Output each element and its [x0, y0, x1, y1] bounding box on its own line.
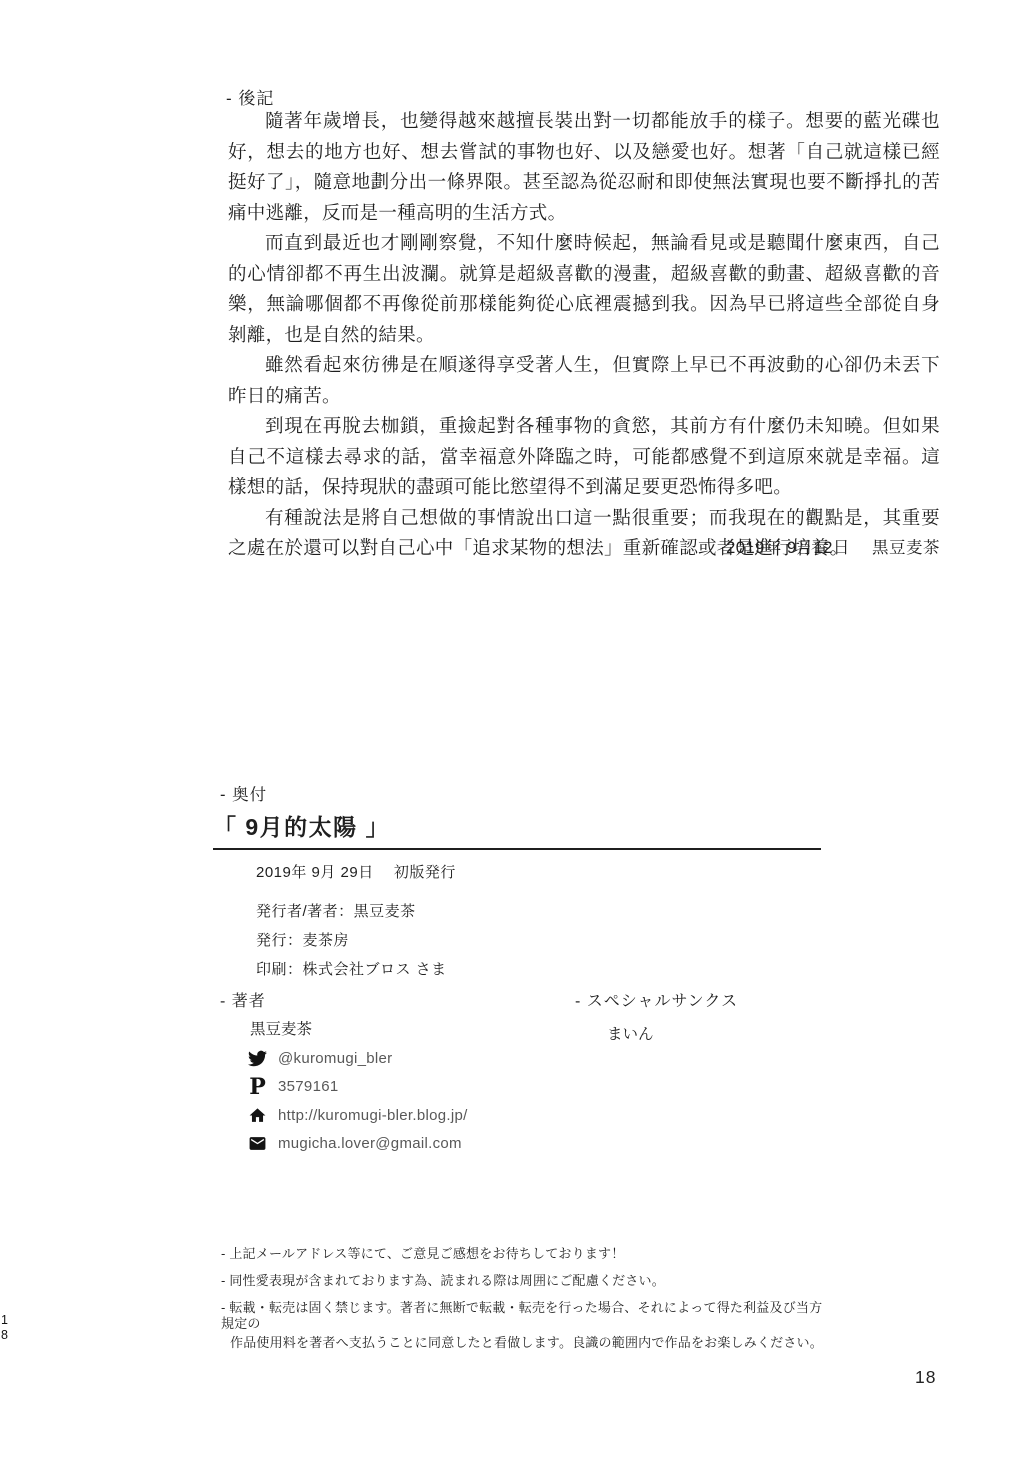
email-address: mugicha.lover@gmail.com [278, 1135, 462, 1152]
twitter-handle: @kuromugi_bler [278, 1050, 392, 1067]
colophon-heading: - 奥付 [220, 781, 267, 805]
afterword-body: 隨著年歲增長，也變得越來越擅長裝出對一切都能放手的樣子。想要的藍光碟也好，想去的… [228, 106, 940, 564]
publisher-block: 発行者/著者：黒豆麦茶 発行：麦茶房 印刷：株式会社ブロス さま [256, 897, 447, 984]
document-page: - 後記 隨著年歲增長，也變得越來越擅長裝出對一切都能放手的樣子。想要的藍光碟也… [0, 0, 1032, 1457]
contact-row-twitter: @kuromugi_bler [248, 1049, 468, 1067]
imprint-line: 発行：麦茶房 [256, 926, 447, 955]
author-name: 黒豆麦茶 [250, 1017, 312, 1039]
special-thanks-name: まいん [607, 1022, 654, 1044]
afterword-paragraph: 到現在再脫去枷鎖，重撿起對各種事物的貪慾，其前方有什麼仍未知曉。但如果自己不這樣… [228, 411, 940, 503]
pixiv-id: 3579161 [278, 1078, 339, 1095]
edition-line: 2019年 9月 29日 初版発行 [256, 861, 456, 882]
twitter-icon [248, 1049, 267, 1068]
home-icon [248, 1106, 267, 1125]
afterword-paragraph: 而直到最近也才剛剛察覺，不知什麼時候起，無論看見或是聽聞什麼東西，自己的心情卻都… [228, 228, 940, 350]
contact-row-pixiv: P 3579161 [248, 1078, 468, 1096]
spine-digit: 8 [1, 1328, 8, 1343]
author-contacts: @kuromugi_bler P 3579161 http://kuromugi… [248, 1049, 468, 1163]
title-rule [213, 848, 821, 850]
spine-page-marker: 1 8 [1, 1313, 8, 1343]
mail-icon [248, 1134, 267, 1153]
printer-line: 印刷：株式会社ブロス さま [256, 955, 447, 984]
author-heading: - 著者 [220, 988, 266, 1011]
spine-digit: 1 [1, 1313, 8, 1328]
note-feedback: - 上記メールアドレス等にて、ご意見ご感想をお待ちしております！ [221, 1246, 826, 1262]
pixiv-icon: P [248, 1077, 267, 1096]
afterword-signoff: 2019年 9月12日 黒豆麦茶 [228, 534, 940, 558]
contact-row-website: http://kuromugi-bler.blog.jp/ [248, 1106, 468, 1124]
publisher-author-line: 発行者/著者：黒豆麦茶 [256, 897, 447, 926]
footer-notes: - 上記メールアドレス等にて、ご意見ご感想をお待ちしております！ - 同性愛表現… [221, 1246, 826, 1362]
page-number: 18 [915, 1367, 936, 1388]
contact-row-email: mugicha.lover@gmail.com [248, 1135, 468, 1153]
special-thanks-heading: - スペシャルサンクス [575, 988, 738, 1011]
book-title: 「 9月的太陽 」 [213, 809, 390, 842]
website-url: http://kuromugi-bler.blog.jp/ [278, 1107, 468, 1124]
note-content-warning: - 同性愛表現が含まれております為、読まれる際は周囲にご配慮ください。 [221, 1273, 826, 1289]
afterword-paragraph: 雖然看起來彷彿是在順遂得享受著人生，但實際上早已不再波動的心卻仍未丟下昨日的痛苦… [228, 350, 940, 411]
afterword-paragraph: 隨著年歲增長，也變得越來越擅長裝出對一切都能放手的樣子。想要的藍光碟也好，想去的… [228, 106, 940, 228]
note-no-repost-line2: 作品使用料を著者へ支払うことに同意したと看做します。良識の範囲内で作品をお楽しみ… [221, 1335, 826, 1351]
note-no-repost-line1: - 転載・転売は固く禁じます。著者に無断で転載・転売を行った場合、それによって得… [221, 1300, 826, 1332]
